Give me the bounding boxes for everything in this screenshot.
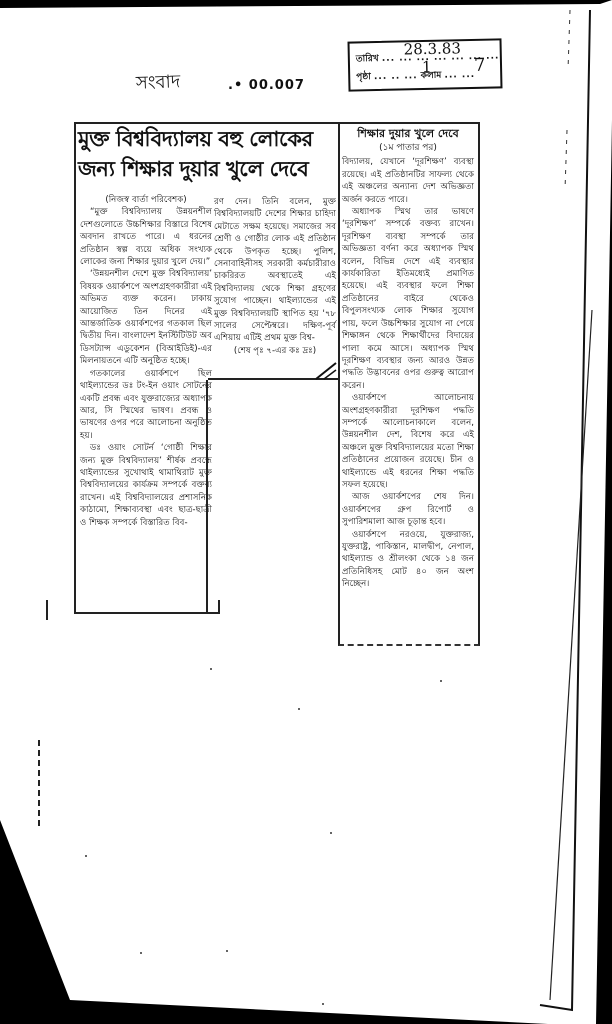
stamp-page-value: 1 [422,58,432,76]
margin-mark [38,740,40,830]
paragraph: “মুক্ত বিশ্ববিদ্যালয় উন্নয়নশীল দেশগুলো… [80,206,212,268]
stamp-page-row: পৃষ্ঠা ... .. ... কলাম ... ... [356,67,475,84]
continuation-slash-mark [314,362,338,380]
paragraph: ওয়ার্কশপে নরওয়ে, যুক্তরাজ্য, যুক্তরাষ্… [342,529,474,591]
byline: (নিজস্ব বার্তা পরিবেশক) [80,194,212,206]
continued-from-note: (১ম পাতার পর) [342,142,474,154]
paragraph: বিদ্যালয়, যেখানে ‘দূরশিক্ষণ’ ব্যবস্থা র… [342,156,474,206]
paragraph: গতকালের ওয়ার্কশপে ছিল থাইল্যান্ডের ডঃ ট… [80,368,212,442]
paragraph: আজ ওয়ার্কশপের শেষ দিন। ওয়ার্কশপের গ্রু… [342,491,474,528]
continuation-column: শিক্ষার দুয়ার খুলে দেবে (১ম পাতার পর) ব… [342,126,474,638]
article-column-2: রণ দেন। তিনি বলেন, মুক্ত বিশ্ববিদ্যালয়ট… [214,196,336,376]
headline-line-1: মুক্ত বিশ্ববিদ্যালয় বহু লোকের [78,124,340,154]
stamp-date-value: 28.3.83 [403,39,461,58]
newspaper-name: সংবাদ [135,67,180,100]
paragraph: ডঃ ওয়াং সোটর্ন ‘গোষ্ঠী শিক্ষার জন্য মুক… [80,442,212,529]
reference-number: .• 00.007 [228,78,305,93]
stamp-page-label: পৃষ্ঠা [356,72,371,82]
date-stamp: তারিখ ... ... ... ... ... ... ... পৃষ্ঠা… [347,38,502,91]
column-divider [206,380,208,612]
paragraph: রণ দেন। তিনি বলেন, মুক্ত বিশ্ববিদ্যালয়ট… [214,196,336,345]
continued-to-note: (শেষ পৃঃ ৭-এর কঃ দ্রঃ) [214,345,336,357]
article-headline: মুক্ত বিশ্ববিদ্যালয় বহু লোকের জন্য শিক্… [78,124,340,184]
stamp-column-value: 7 [474,55,486,76]
paragraph: ওয়ার্কশপে আলোচনায় অংশগ্রহণকারীরা দূরশি… [342,392,474,491]
column-1-border [74,600,220,614]
margin-mark [46,600,48,620]
article-column-1: (নিজস্ব বার্তা পরিবেশক) “মুক্ত বিশ্ববিদ্… [80,194,212,610]
headline-line-2: জন্য শিক্ষার দুয়ার খুলে দেবে [78,154,340,184]
stamp-date-label: তারিখ [356,54,379,64]
continuation-headline: শিক্ষার দুয়ার খুলে দেবে [342,126,474,142]
paragraph: ‘উন্নয়নশীল দেশে মুক্ত বিশ্ববিদ্যালয়’ ব… [80,268,212,367]
paragraph: অধ্যাপক স্মিথ তার ভাষণে ‘দূরশিক্ষণ’ সম্প… [342,206,474,392]
